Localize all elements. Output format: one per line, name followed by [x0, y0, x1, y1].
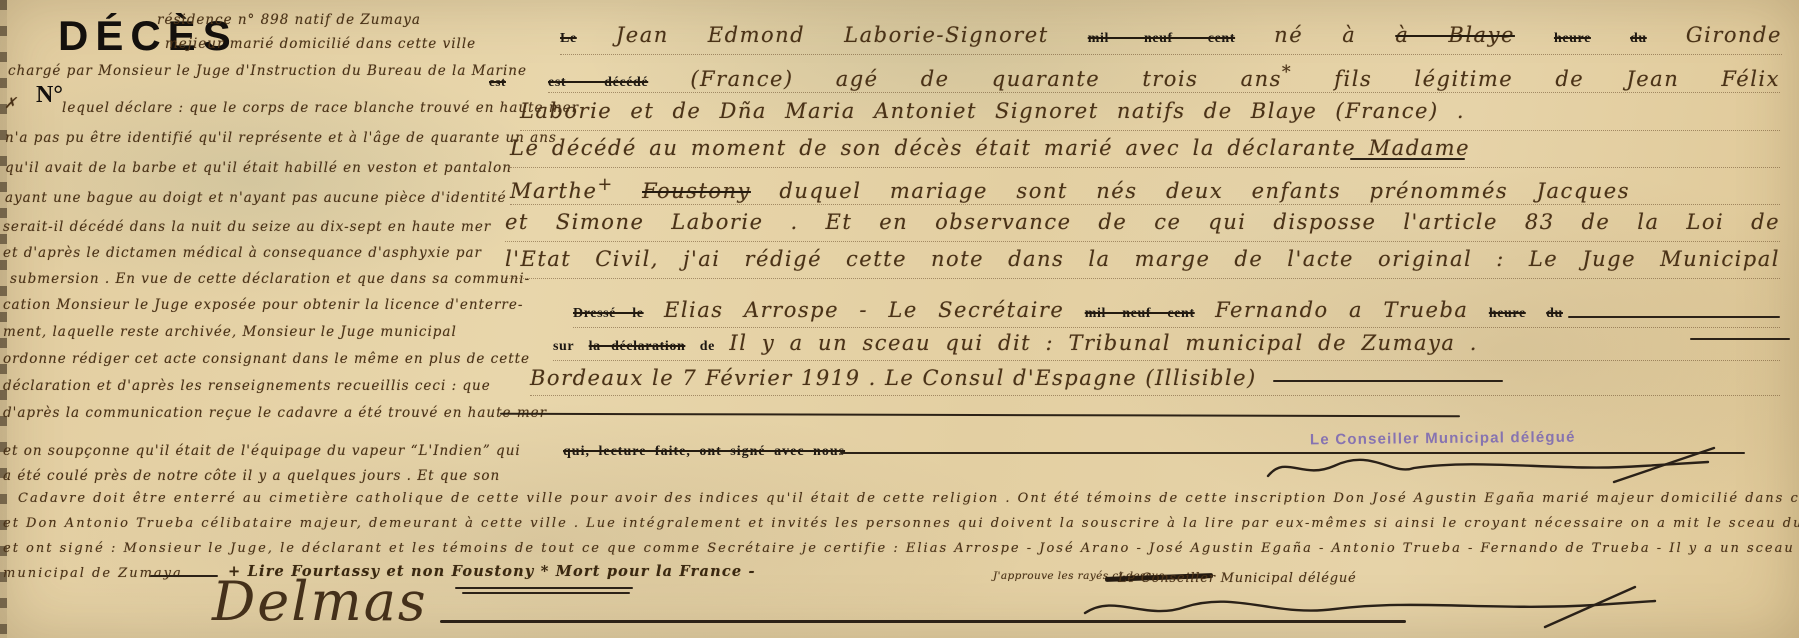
margin-line: submersion . En vue de cette déclaration…: [10, 271, 530, 287]
record-number-label: N°: [36, 82, 63, 109]
margin-cross-mark: ✗: [4, 94, 17, 112]
filler-rule: [1568, 316, 1780, 318]
filiation-text: fils légitime de Jean Félix: [1334, 67, 1780, 91]
printed-est-decede: est décédé: [548, 75, 648, 90]
bottom-line: Cadavre doit être enterré au cimetière c…: [18, 491, 1799, 506]
printed-de: de: [700, 339, 715, 354]
printed-mil-neuf-cent: mil neuf cent: [1088, 31, 1235, 46]
signature-flourish-icon: [1262, 446, 1742, 488]
entry-line-etat-civil: l'Etat Civil, j'ai rédigé cette note dan…: [505, 244, 1780, 279]
wife-name-struck: Foustony: [642, 179, 751, 203]
delmas-signature: Delmas: [212, 578, 428, 627]
entry-line-children: et Simone Laborie . Et en observance de …: [505, 207, 1780, 242]
printed-du: du: [1546, 306, 1563, 321]
margin-line: et d'après le dictamen médical à consequ…: [3, 245, 482, 261]
margin-line: et on soupçonne qu'il était de l'équipag…: [3, 443, 521, 459]
margin-top-line: mejieur marié domicilié dans cette ville: [165, 36, 476, 52]
margin-top-line: chargé par Monsieur le Juge d'Instructio…: [8, 63, 527, 79]
entry-line-parents: Laborie et de Dña Maria Antoniet Signore…: [520, 96, 1780, 131]
printed-le: Le: [560, 31, 577, 46]
entry-line-marriage: Le décédé au moment de son décès était m…: [510, 133, 1780, 168]
margin-line: ordonne rédiger cet acte consignant dans…: [3, 351, 530, 367]
seal-text: Il y a un sceau qui dit : Tribunal munic…: [729, 331, 1478, 355]
margin-line: n'a pas pu être identifié qu'il représen…: [5, 130, 557, 146]
children-text: duquel mariage sont nés deux enfants pré…: [779, 179, 1630, 203]
printed-heure: heure: [1554, 31, 1591, 46]
wife-name: Marthe: [510, 179, 597, 203]
deceased-name: Jean Edmond Laborie-Signoret: [616, 23, 1049, 47]
department: Gironde: [1686, 23, 1782, 47]
entry-line-wife: Marthe+ Foustony duquel mariage sont nés…: [510, 170, 1780, 205]
consul-text: Bordeaux le 7 Février 1919 . Le Consul d…: [530, 363, 1780, 393]
printed-mil-neuf-cent: mil neuf cent: [1085, 306, 1195, 321]
double-underline: [455, 587, 633, 589]
filler-rule: [1273, 380, 1503, 382]
entry-line-consul: Bordeaux le 7 Février 1919 . Le Consul d…: [530, 363, 1780, 396]
death-record-document: DÉCÈS N° ✗ est résidence n° 898 natif de…: [0, 0, 1799, 638]
printed-signature-clause: qui, lecture faite, ont signé avec nous: [563, 444, 845, 460]
age-text: (France) agé de quarante trois ans: [690, 67, 1282, 91]
bottom-rule: [440, 620, 1406, 623]
filler-rule: [150, 575, 218, 577]
secretary-name: Elias Arrospe - Le Secrétaire: [664, 298, 1064, 322]
article-text: et Simone Laborie . Et en observance de …: [505, 207, 1780, 237]
margin-line: lequel déclare : que le corps de race bl…: [62, 100, 579, 116]
margin-line: serait-il décédé dans la nuit du seize a…: [3, 219, 491, 235]
double-underline: [462, 592, 630, 594]
judge-name: Fernando a Trueba: [1215, 298, 1468, 322]
marriage-text: Le décédé au moment de son décès était m…: [510, 133, 1470, 163]
entry-line-name: Le Jean Edmond Laborie-Signoret mil neuf…: [560, 20, 1782, 55]
margin-line: a été coulé près de notre côte il y a qu…: [3, 468, 500, 484]
margin-line: d'après la communication reçue le cadavr…: [3, 405, 547, 421]
printed-dresse-le: Dressé le: [573, 306, 644, 321]
printed-du: du: [1630, 31, 1647, 46]
margin-line: cation Monsieur le Juge exposée pour obt…: [3, 297, 523, 313]
margin-line: qu'il avait de la barbe et qu'il était h…: [5, 160, 512, 176]
birthplace: à Blaye: [1395, 23, 1515, 47]
printed-la-declaration: la déclaration: [589, 339, 686, 354]
margin-line: déclaration et d'après les renseignement…: [3, 378, 491, 394]
margin-line: ayant une bague au doigt et n'ayant pas …: [5, 190, 507, 206]
bottom-line-prefix: municipal de Zumaya: [3, 566, 183, 581]
margin-top-line: résidence n° 898 natif de Zumaya: [157, 12, 421, 28]
bottom-line: et ont signé : Monsieur le Juge, le décl…: [3, 541, 1799, 556]
filler-rule: [1350, 158, 1465, 160]
filler-rule: [1690, 338, 1790, 340]
entry-line-age: est décédé (France) agé de quarante troi…: [548, 58, 1780, 93]
entry-line-dresse: Dressé le Elias Arrospe - Le Secrétaire …: [573, 295, 1780, 328]
printed-sur: sur: [553, 339, 574, 354]
asterisk-mark: *: [1282, 63, 1292, 83]
born-at-label: né à: [1274, 23, 1356, 47]
entry-line-seal: sur la déclaration de Il y a un sceau qu…: [553, 328, 1780, 361]
long-rule: [500, 413, 1460, 418]
parents-text: Laborie et de Dña Maria Antoniet Signore…: [520, 96, 1465, 126]
etat-civil-text: l'Etat Civil, j'ai rédigé cette note dan…: [505, 244, 1780, 274]
printed-heure: heure: [1489, 306, 1526, 321]
margin-line: ment, laquelle reste archivée, Monsieur …: [3, 324, 457, 340]
bottom-line: et Don Antonio Trueba célibataire majeur…: [3, 516, 1799, 531]
cross-mark: +: [597, 175, 613, 195]
